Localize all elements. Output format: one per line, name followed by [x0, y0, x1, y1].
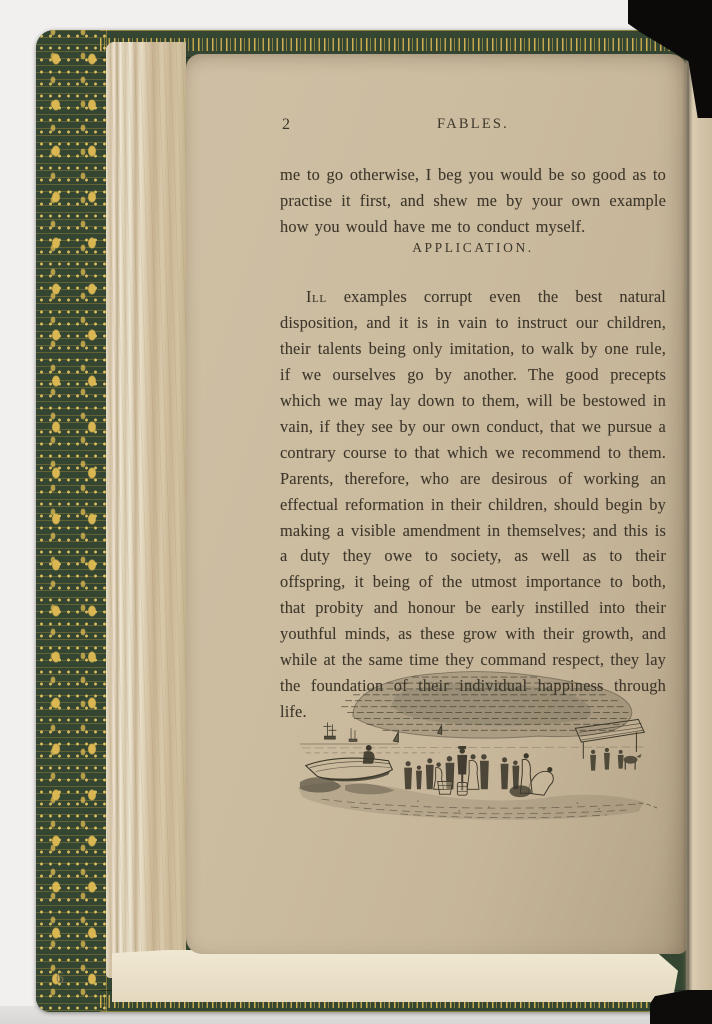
woman-figure [467, 754, 479, 789]
page-header: 2 FABLES. [280, 116, 666, 140]
ship-icon [323, 722, 336, 739]
basket-icon [438, 781, 453, 794]
rowing-boat [306, 745, 393, 781]
donkey-figure [624, 754, 642, 770]
sack-icon [509, 785, 531, 797]
book-page: 2 FABLES. me to go otherwise, I beg you … [186, 54, 688, 954]
gold-tooled-spine [36, 30, 107, 1012]
book-photograph: 6 2 FABLES. me to go otherwise, I beg yo… [0, 0, 712, 1024]
paragraph-continuation: me to go otherwise, I beg you would be s… [280, 162, 666, 240]
deckle-underpages [112, 950, 678, 1002]
seashore-engraving [292, 662, 662, 830]
woodcut-vignette [292, 662, 662, 830]
lead-word: Ill [306, 287, 327, 306]
running-title: FABLES. [280, 116, 666, 133]
sailboat-icon [393, 731, 398, 742]
section-heading: APPLICATION. [280, 240, 666, 256]
barrel-icon [457, 782, 467, 795]
application-paragraph: Ill examples corrupt even the best natur… [280, 284, 666, 724]
cloud-mass [341, 672, 632, 739]
book-gutter [682, 0, 712, 1024]
ship-icon [349, 728, 357, 741]
paragraph-body: examples corrupt even the best natural d… [280, 287, 666, 721]
page-edges-stack [106, 42, 186, 978]
